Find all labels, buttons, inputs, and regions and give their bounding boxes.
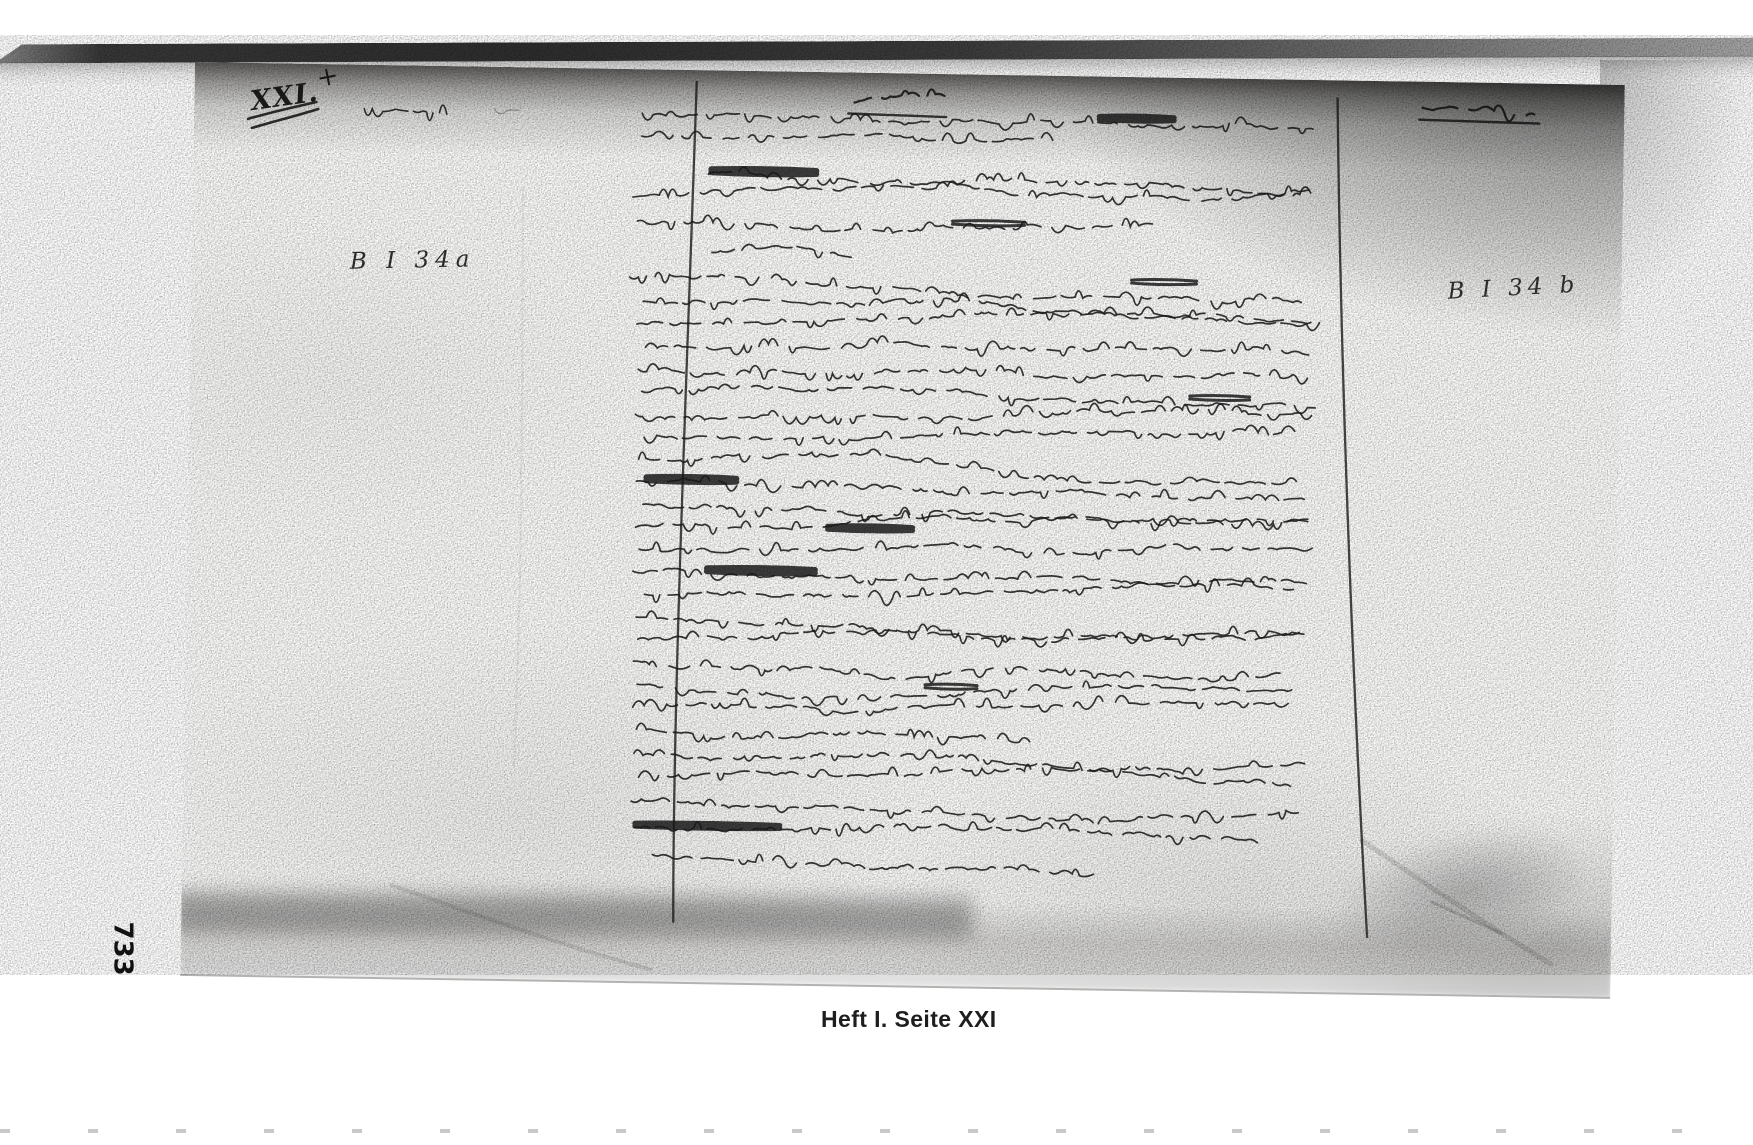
bottom-scan-artifacts xyxy=(0,1129,1753,1133)
page-number: 733 xyxy=(109,922,136,968)
figure-caption: Heft I. Seite XXI xyxy=(821,1006,997,1033)
scanned-book-page: { "page": { "number_rotated": "733", "ca… xyxy=(0,0,1753,1145)
manuscript-photo: XXI. + B I 34a B I 34 b xyxy=(180,62,1624,999)
paper-mottling xyxy=(180,62,1624,997)
